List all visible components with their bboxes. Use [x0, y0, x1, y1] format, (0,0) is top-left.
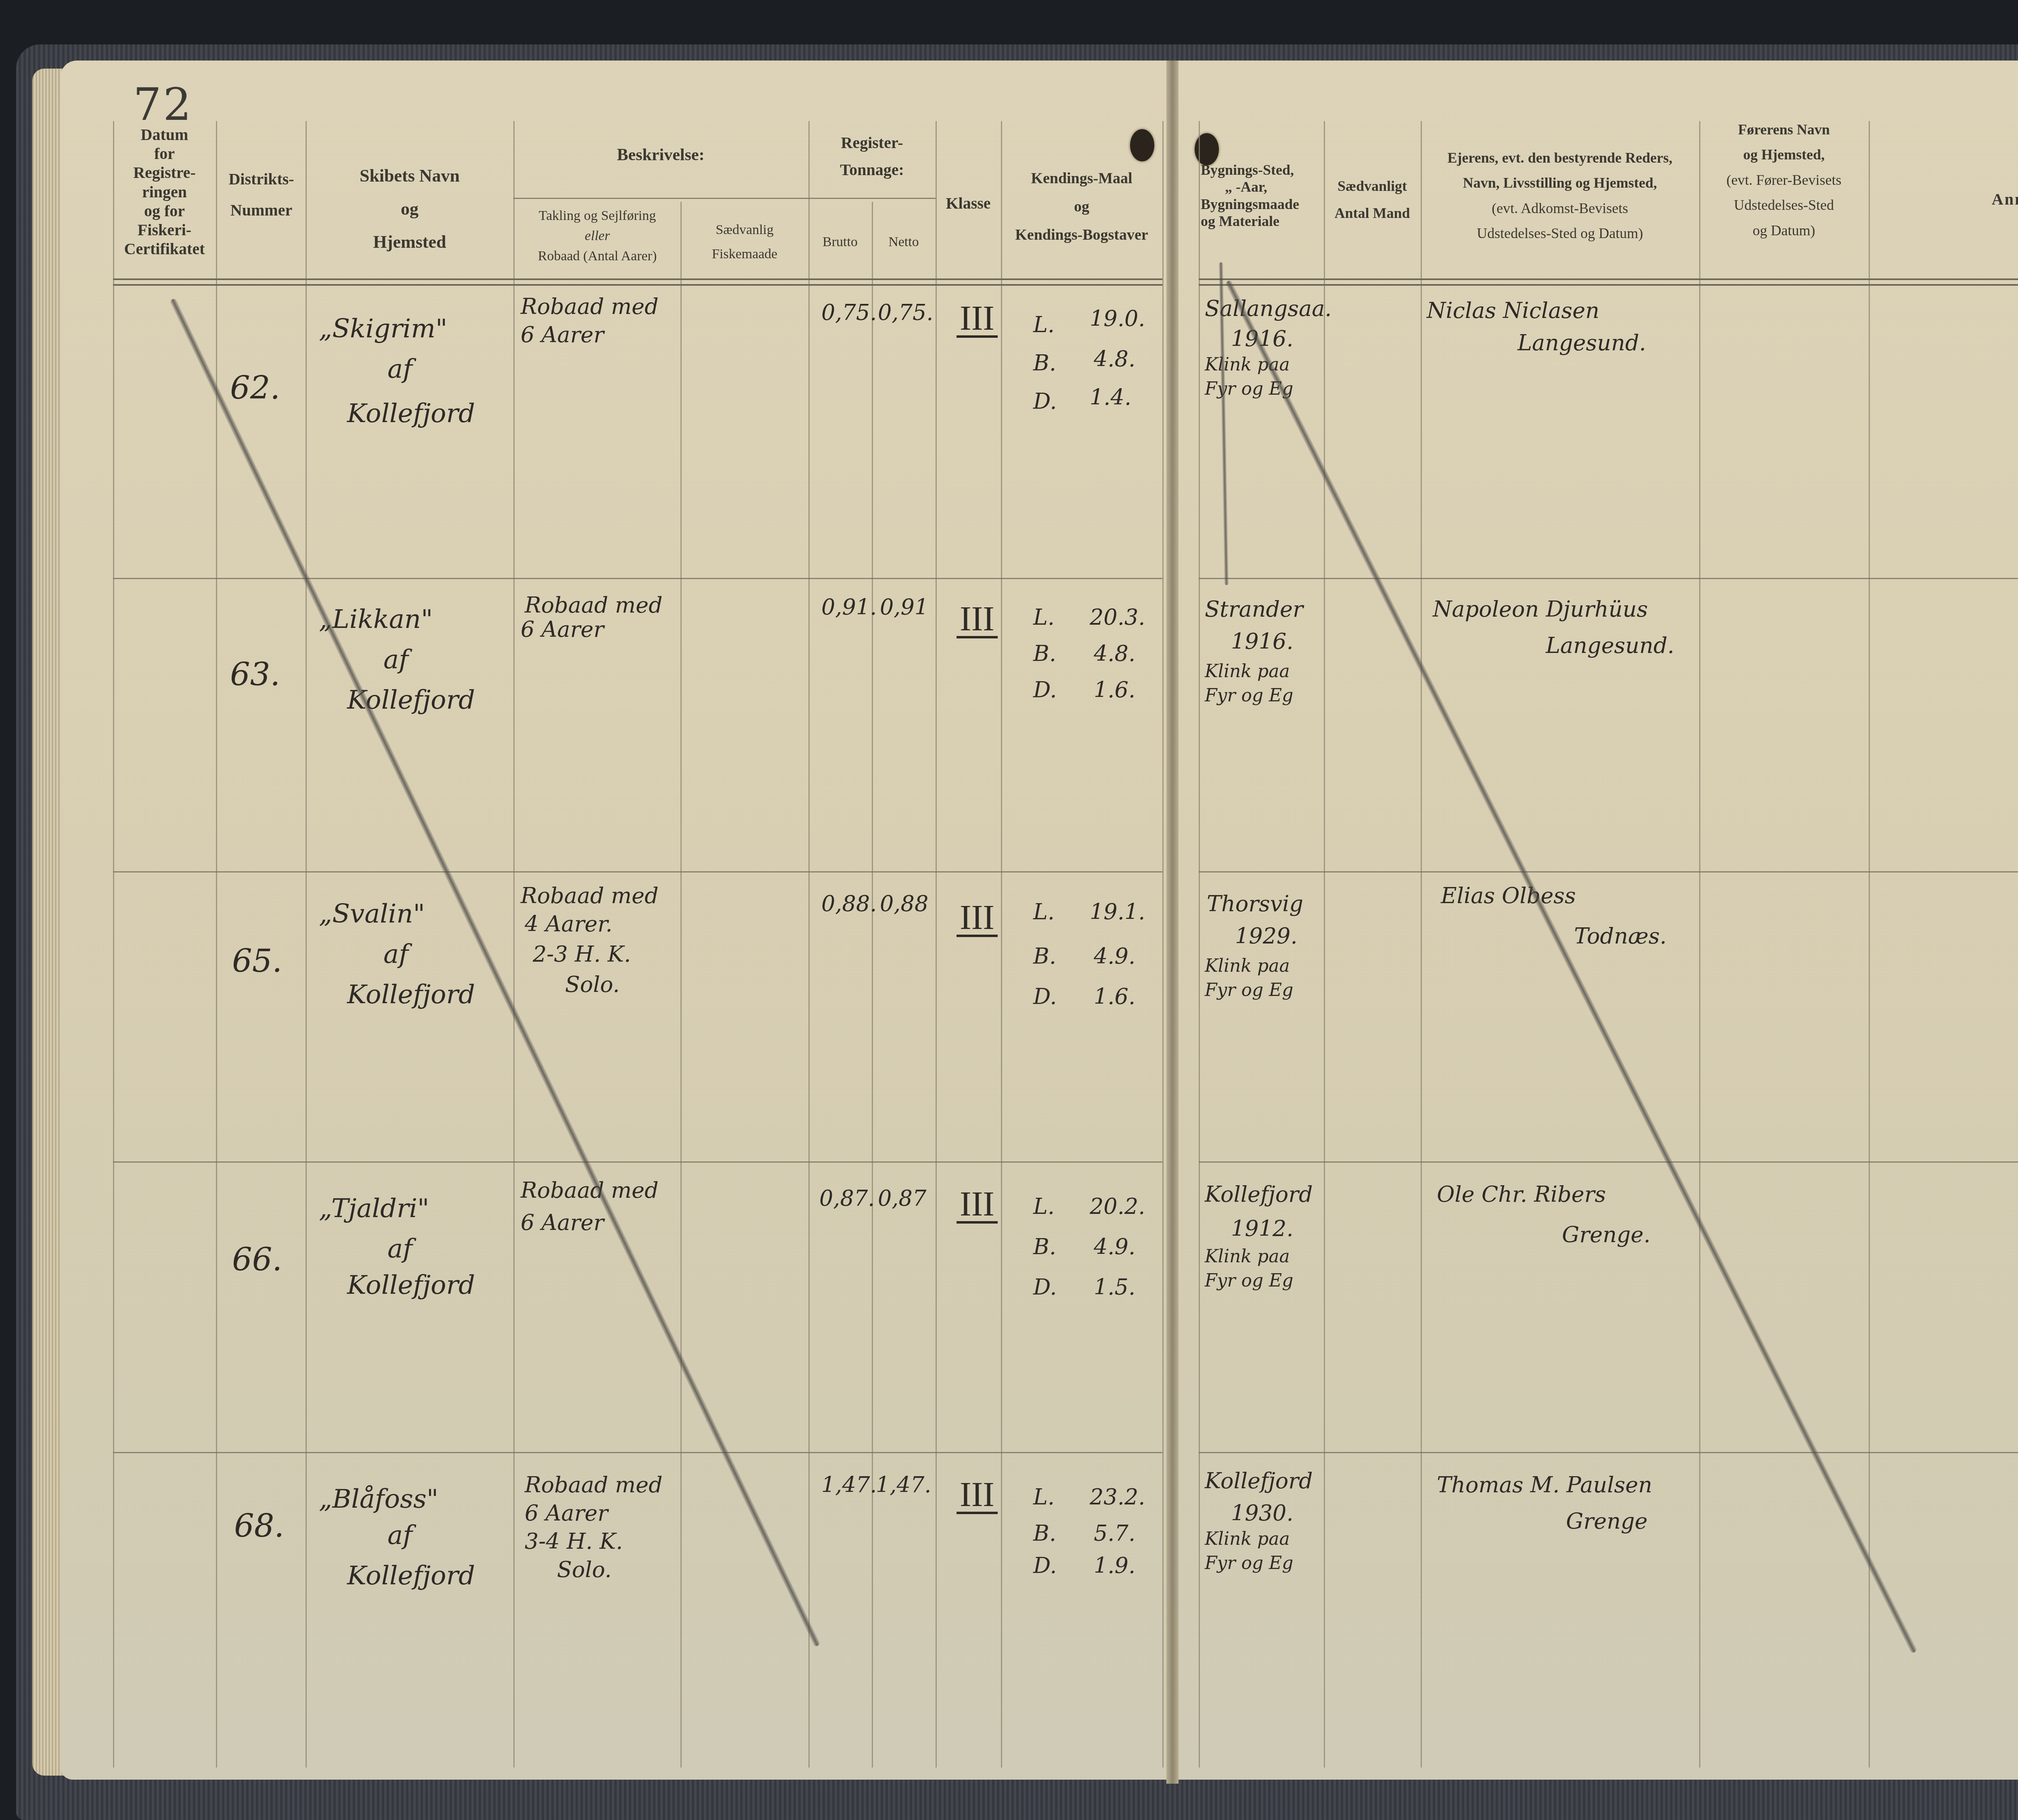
takling-line: Solo.	[557, 1558, 612, 1582]
vessel-af: af	[387, 1235, 412, 1263]
row-rule	[1199, 1161, 2018, 1163]
row-rule	[1199, 578, 2018, 579]
takling-line: Robaad med	[521, 884, 659, 908]
maal-key: L.	[1033, 605, 1055, 629]
maal-value: 4.9.	[1094, 944, 1135, 968]
page-number-left: 72	[133, 79, 193, 130]
bygning-materiale: Fyr og Eg	[1205, 686, 1293, 705]
ejer-hjemsted: Langesund.	[1546, 634, 1674, 657]
vessel-name: „Blåfoss"	[319, 1485, 438, 1513]
maal-key: B.	[1033, 351, 1056, 375]
bygning-materiale: Fyr og Eg	[1205, 1554, 1293, 1573]
row-rule	[113, 578, 1162, 579]
bygning-aar: 1930.	[1231, 1501, 1294, 1525]
maal-key: D.	[1033, 985, 1057, 1008]
maal-key: L.	[1033, 313, 1055, 337]
header-antal-mand: SædvanligtAntal Mand	[1324, 178, 1421, 222]
maal-key: L.	[1033, 1195, 1055, 1218]
header-anmaerkninger: Anmærkninger	[1869, 190, 2018, 209]
bygning-sted: Kollefjord	[1205, 1182, 1313, 1206]
takling-line: Robaad med	[525, 593, 663, 617]
ejer-navn: Napoleon Djurhüus	[1433, 597, 1648, 621]
vessel-af: af	[387, 355, 412, 383]
col-rule	[113, 121, 114, 1768]
maal-value: 20.2.	[1090, 1195, 1145, 1218]
netto: 0,75.	[878, 301, 933, 324]
vessel-hjemsted: Kollefjord	[347, 400, 475, 428]
header-ejerens: Ejerens, evt. den bestyrende Reders,Navn…	[1421, 149, 1699, 242]
maal-value: 19.0.	[1090, 307, 1145, 331]
takling-line: 6 Aarer	[521, 617, 604, 641]
header-rule-right	[1199, 278, 2018, 286]
header-skibets-navn: Skibets NavnogHjemsted	[307, 165, 513, 253]
bygning-maade: Klink paa	[1205, 662, 1290, 681]
distrikts-nummer: 63.	[230, 658, 280, 692]
row-rule	[113, 1161, 1162, 1163]
takling-line: 2-3 H. K.	[533, 942, 631, 966]
takling-line: Robaad med	[525, 1473, 663, 1497]
row-rule	[1199, 871, 2018, 872]
bygning-maade: Klink paa	[1205, 1247, 1290, 1266]
header-beskrivelse: Beskrivelse:	[513, 145, 808, 165]
maal-key: D.	[1033, 678, 1057, 702]
col-rule	[1162, 121, 1164, 1768]
maal-value: 5.7.	[1094, 1521, 1135, 1545]
maal-key: D.	[1033, 1554, 1057, 1577]
netto: 0,91	[880, 595, 928, 619]
header-distrikts-nummer: Distrikts-Nummer	[218, 169, 305, 220]
bygning-materiale: Fyr og Eg	[1205, 1271, 1293, 1291]
ejer-navn: Thomas M. Paulsen	[1437, 1473, 1652, 1497]
maal-value: 1.9.	[1094, 1554, 1135, 1577]
header-brutto: Brutto	[808, 234, 872, 250]
ejer-hjemsted: Grenge.	[1562, 1223, 1650, 1247]
bygning-aar: 1916.	[1231, 630, 1294, 653]
vessel-af: af	[387, 1521, 412, 1550]
page-edges-left	[32, 69, 65, 1776]
bygning-aar: 1912.	[1231, 1217, 1294, 1241]
subheader-rule	[513, 198, 936, 199]
book-gutter	[1166, 61, 1179, 1784]
col-rule	[1699, 121, 1700, 1768]
header-saedvanlig-fiskemaade: SædvanligFiskemaade	[682, 222, 807, 262]
vessel-name: „Tjaldri"	[319, 1195, 429, 1223]
maal-value: 4.8.	[1094, 347, 1135, 371]
ejer-hjemsted: Langesund.	[1518, 331, 1646, 355]
col-rule	[1324, 121, 1325, 1768]
vessel-af: af	[383, 940, 408, 969]
header-register-tonnage: Register-Tonnage:	[808, 133, 936, 179]
maal-value: 19.1.	[1090, 900, 1145, 924]
maal-value: 1.4.	[1090, 385, 1131, 409]
klasse: III	[957, 301, 998, 338]
brutto: 0,91.	[821, 595, 877, 619]
col-rule	[808, 121, 810, 1768]
maal-value: 20.3.	[1090, 605, 1145, 629]
binding-hole-left	[1130, 129, 1154, 161]
klasse: III	[957, 1186, 998, 1224]
bygning-sted: Strander	[1205, 597, 1303, 621]
row-rule	[1199, 1452, 2018, 1453]
maal-key: L.	[1033, 1485, 1055, 1509]
maal-value: 1.5.	[1094, 1275, 1135, 1299]
col-rule	[872, 202, 873, 1768]
bygning-materiale: Fyr og Eg	[1205, 981, 1293, 1000]
maal-value: 23.2.	[1090, 1485, 1145, 1509]
vessel-name: „Likkan"	[319, 605, 433, 634]
col-rule	[216, 121, 217, 1768]
takling-line: 4 Aarer.	[525, 912, 613, 936]
header-klasse: Klasse	[936, 194, 1001, 213]
brutto: 1,47.	[821, 1473, 877, 1497]
ejer-hjemsted: Grenge	[1566, 1509, 1647, 1533]
ejer-navn: Ole Chr. Ribers	[1437, 1182, 1606, 1206]
distrikts-nummer: 66.	[232, 1243, 282, 1278]
col-rule	[1001, 121, 1002, 1768]
maal-value: 4.9.	[1094, 1235, 1135, 1259]
maal-key: B.	[1033, 1235, 1056, 1259]
takling-line: 6 Aarer	[525, 1501, 608, 1525]
distrikts-nummer: 68.	[234, 1509, 284, 1544]
maal-key: D.	[1033, 1275, 1057, 1299]
binding-hole-right	[1195, 133, 1219, 165]
vessel-af: af	[383, 646, 408, 674]
brutto: 0,75.	[821, 301, 877, 324]
brutto: 0,87.	[819, 1186, 875, 1210]
header-kendings: Kendings-MaalogKendings-Bogstaver	[1001, 169, 1162, 244]
netto: 0,87	[878, 1186, 926, 1210]
ejer-navn: Niclas Niclasen	[1427, 299, 1599, 322]
col-rule	[1199, 121, 1200, 1768]
col-rule	[936, 121, 937, 1768]
col-rule	[306, 121, 307, 1768]
maal-value: 4.8.	[1094, 642, 1135, 665]
maal-key: D.	[1033, 389, 1057, 413]
takling-line: 6 Aarer	[521, 323, 604, 347]
takling-line: Robaad med	[521, 1178, 659, 1202]
ejer-hjemsted: Todnæs.	[1574, 924, 1666, 948]
col-rule	[1869, 121, 1870, 1768]
takling-line: 3-4 H. K.	[525, 1529, 623, 1553]
maal-key: L.	[1033, 900, 1055, 924]
header-forerens: Førerens Navnog Hjemsted,(evt. Fører-Bev…	[1699, 121, 1869, 239]
brutto: 0,88.	[821, 892, 877, 916]
header-rule-left	[113, 278, 1162, 286]
takling-line: 6 Aarer	[521, 1211, 604, 1234]
vessel-hjemsted: Kollefjord	[347, 981, 475, 1009]
header-bygning: Bygnings-Sted,„ -Aar,Bygningsmaadeog Mat…	[1201, 161, 1324, 230]
row-rule	[113, 871, 1162, 872]
ejer-navn: Elias Olbess	[1441, 884, 1576, 908]
header-netto: Netto	[872, 234, 936, 250]
takling-line: Solo.	[565, 973, 620, 996]
col-rule	[1421, 121, 1422, 1768]
bygning-maade: Klink paa	[1205, 956, 1290, 976]
vessel-hjemsted: Kollefjord	[347, 1271, 475, 1299]
bygning-aar: 1929.	[1235, 924, 1298, 948]
bygning-sted: Kollefjord	[1205, 1469, 1313, 1493]
klasse: III	[957, 900, 998, 937]
bygning-maade: Klink paa	[1205, 1529, 1290, 1549]
bygning-sted: Thorsvig	[1207, 892, 1303, 916]
col-rule	[680, 202, 682, 1768]
header-takling: Takling og SejlføringellerRobaad (Antal …	[515, 208, 680, 264]
distrikts-nummer: 62.	[230, 371, 280, 406]
distrikts-nummer: 65.	[232, 944, 282, 979]
vessel-hjemsted: Kollefjord	[347, 1562, 475, 1590]
vessel-name: „Skigrim"	[319, 315, 447, 343]
netto: 0,88	[880, 892, 928, 916]
header-datum: DatumforRegistre-ringenog forFiskeri-Cer…	[115, 125, 214, 258]
maal-key: B.	[1033, 944, 1056, 968]
netto: 1,47.	[876, 1473, 931, 1497]
maal-key: B.	[1033, 1521, 1056, 1545]
col-rule	[513, 121, 515, 1768]
row-rule	[113, 1452, 1162, 1453]
klasse: III	[957, 1477, 998, 1514]
takling-line: Robaad med	[521, 295, 659, 318]
maal-value: 1.6.	[1094, 678, 1135, 702]
maal-value: 1.6.	[1094, 985, 1135, 1008]
maal-key: B.	[1033, 642, 1056, 665]
klasse: III	[957, 601, 998, 638]
vessel-name: „Svalin"	[319, 900, 425, 928]
